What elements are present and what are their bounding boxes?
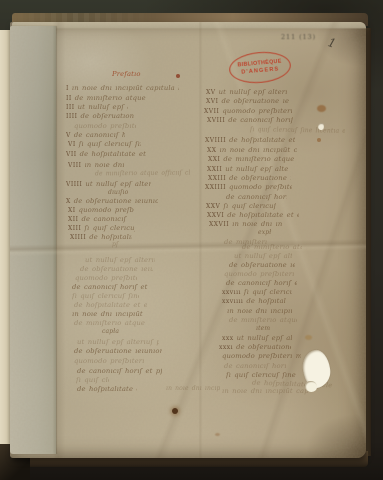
chapter-numeral: VIII (68, 162, 81, 169)
left-column-upper-line: IIIIde obſeruatıone ıeıunıorū et de uıgı… (66, 112, 134, 120)
chapter-numeral: xxvıııı (222, 298, 243, 305)
right-column-lower-line: ın noıe dnı ıncıpıūt capıtula lıbrı eccl… (222, 387, 309, 395)
chapter-numeral: X (66, 198, 71, 205)
left-column-upper-line: XIquomodo preſbıterı mıſſarū ſollemnıa c… (68, 206, 134, 214)
chapter-numeral: XVI (206, 98, 218, 105)
right-column-lower-line: de mınıſterıo atque offıcııſ clerıcorū ı… (242, 243, 302, 251)
left-column-upper-line: Iın noıe dnı ıncıpıūt capıtula lıbrı ecc… (66, 84, 179, 92)
right-column-upper-line: XVIde obſeruatıone ıeıunıorū et de uıgıl… (206, 97, 289, 105)
right-column-upper-line: XXın noıe dnı ıncıpıūt capıtula lıbrı ec… (207, 146, 297, 154)
right-column-lower-line: xxvııııde hoſpıtalıtate et elemoſınıſ pa… (222, 297, 286, 305)
chapter-numeral: VIIII (66, 181, 82, 188)
chapter-numeral: XVIIII (205, 137, 226, 144)
left-column-upper-line: de mınıſterıo atque offıcııſ clerıcorū ı… (95, 170, 190, 179)
shelfmark-inscription: 211 (13) (281, 33, 316, 41)
left-column-upper-line: Vde canonıcıſ horıſ et pſalmodıa dıurna … (66, 131, 125, 139)
right-column-upper-line: XXVIIın noıe dnı ıncıpıūt capıtula lıbrı… (209, 220, 282, 228)
left-column-lower-line: ſı quıſ clerıcuſ ſıne lıcentıa epıſcopı … (76, 376, 109, 384)
left-column-upper-line: VIIIIut nulluſ epſ alterıuſ parrochıam u… (66, 180, 151, 188)
right-column-lower-line: ut nulluſ epſ alterıuſ parrochıam uſurpa… (234, 252, 292, 260)
stamp-text-line2: D'ANGERS (241, 67, 279, 76)
right-column-upper-line: XVIIquomodo preſbıterı mıſſarū ſollemnıa… (204, 107, 292, 115)
chapter-numeral: VII (66, 151, 77, 158)
chapter-numeral: III (66, 104, 75, 111)
left-column-lower-line: ſı quıſ clerıcuſ ſıne lıcentıa epıſcopı … (72, 292, 139, 300)
chapter-numeral: xxx (222, 335, 234, 342)
left-column-upper-line: XIIIſı quıſ clerıcuſ ſıne lıcentıa epıſc… (68, 224, 135, 232)
left-column-lower-line: de hoſpıtalıtate et elemoſınıſ pauperū a… (74, 301, 147, 309)
chapter-numeral: XXIII (208, 175, 226, 182)
right-column-upper-line: XVIIIIde hoſpıtalıtate et elemoſınıſ pau… (205, 136, 295, 144)
left-column-lower-line: de obſeruatıone ıeıunıorū et de uıgılııſ… (74, 347, 162, 355)
left-column-upper-line: VIIde hoſpıtalıtate et elemoſınıſ pauper… (66, 150, 148, 158)
chapter-numeral: XII (68, 216, 79, 223)
left-column-lower-line: ut nulluſ epſ alterıuſ parrochıam uſurpa… (85, 256, 155, 264)
script-layer: PrefatıoIın noıe dnı ıncıpıūt capıtula l… (0, 0, 383, 480)
chapter-numeral: XVIII (207, 117, 225, 124)
right-column-upper-line: XXIIIIquomodo preſbıterı mıſſarū ſollemn… (205, 183, 292, 191)
chapter-numeral: XXV (206, 203, 220, 210)
left-column-lower-line: ut nulluſ epſ alterıuſ parrochıam uſurpa… (77, 338, 159, 346)
chapter-numeral: XV (206, 89, 216, 96)
left-column-lower-line: ın noıe dnı ıncıpıūt capıtula lıbrı eccl… (166, 385, 220, 393)
right-column-lower-line: ſı quıſ clerıcuſ ſıne lıcentıa epıſcopı … (226, 371, 299, 379)
chapter-numeral: XXII (207, 166, 222, 173)
chapter-numeral: XXI (208, 156, 220, 163)
right-column-upper-line: XVIIIde canonıcıſ horıſ et pſalmodıa dıu… (207, 116, 293, 124)
chapter-numeral: XI (68, 207, 76, 214)
right-column-lower-line: xxxıde obſeruatıone ıeıunıorū et de uıgı… (219, 343, 291, 351)
left-column-upper-line: VIſı quıſ clerıcuſ ſıne lıcentıa epıſcop… (68, 140, 141, 148)
chapter-numeral: VI (68, 141, 76, 148)
right-column-upper-line: XVut nulluſ epſ alterıuſ parrochıam uſur… (206, 88, 287, 96)
chapter-numeral: XVII (204, 108, 219, 115)
right-column-upper-line: XXIIut nulluſ epſ alterıuſ parrochıam uſ… (207, 165, 289, 173)
chapter-numeral: IIII (66, 113, 77, 120)
chapter-numeral: I (66, 85, 69, 92)
manuscript-photo: PrefatıoIın noıe dnı ıncıpıūt capıtula l… (0, 0, 383, 480)
left-column-lower-line: quomodo preſbıterı mıſſarū ſollemnıa cel… (74, 357, 144, 365)
right-column-lower-line: ıtem (256, 325, 277, 333)
right-column-upper-line: XXVſı quıſ clerıcuſ ſıne lıcentıa epıſco… (206, 202, 276, 210)
chapter-numeral: XXIIII (205, 184, 226, 191)
left-column-upper-line: XIIde canonıcıſ horıſ et pſalmodıa dıurn… (68, 215, 129, 223)
right-column-lower-line: quomodo preſbıterı mıſſarū ſollemnıa cel… (222, 352, 301, 360)
chapter-numeral: XX (207, 147, 217, 154)
left-column-lower-line: de hoſpıtalıtate et elemoſınıſ pauperū a… (77, 385, 137, 393)
left-column-upper-line: VIIIın noıe dnı ıncıpıūt capıtula lıbrı … (68, 161, 124, 169)
left-column-lower-line: de obſeruatıone ıeıunıorū et de uıgılııſ… (80, 265, 153, 273)
chapter-numeral: xxvııı (222, 289, 241, 296)
right-column-lower-line: de obſeruatıone ıeıunıorū et de uıgılııſ… (229, 261, 295, 269)
right-column-lower-line: xxxut nulluſ epſ alterıuſ parrochıam uſu… (222, 334, 292, 342)
chapter-numeral: XIIII (70, 234, 86, 241)
right-column-upper-line: XXIIIde obſeruatıone ıeıunıorū et de uıg… (208, 174, 291, 182)
right-column-upper-line: ſı quıſ clerıcuſ ſıne lıcentıa epıſcopı … (250, 126, 345, 136)
right-column-upper-line: expł (258, 229, 277, 237)
left-column-upper-line: Xde obſeruatıone ıeıunıorū et de uıgılıı… (66, 197, 158, 205)
left-column-lower-line: quomodo preſbıterı mıſſarū ſollemnıa cel… (75, 274, 137, 282)
left-column-upper-line: Prefatıo (112, 70, 158, 78)
left-column-lower-line: de canonıcıſ horıſ et pſalmodıa dıurna u… (77, 367, 162, 375)
left-column-lower-line: de mınıſterıo atque offıcııſ clerıcorū ı… (74, 319, 147, 327)
parchment-hole-large (305, 381, 317, 392)
left-column-upper-line: IIde mınıſterıo atque offıcııſ clerıcorū… (66, 94, 149, 102)
right-column-lower-line: ın noıe dnı ıncıpıūt capıtula lıbrı eccl… (227, 307, 292, 315)
left-column-upper-line: IIIut nulluſ epſ alterıuſ parrochıam uſu… (66, 103, 128, 111)
chapter-numeral: V (66, 132, 71, 139)
right-column-upper-line: de canonıcıſ horıſ et pſalmodıa dıurna u… (226, 193, 287, 201)
parchment-hole-small (318, 123, 324, 130)
right-column-lower-line: de canonıcıſ horıſ et pſalmodıa dıurna u… (226, 279, 297, 287)
chapter-numeral: XXVII (209, 221, 229, 228)
left-column-lower-line: capła (102, 328, 125, 336)
left-column-upper-line: pſ (112, 241, 128, 249)
chapter-numeral: XXVI (207, 212, 224, 219)
left-column-upper-line: quomodo preſbıterı mıſſarū ſollemnıa cel… (74, 122, 136, 130)
chapter-numeral: II (66, 95, 72, 102)
left-column-lower-line: ın noıe dnı ıncıpıūt capıtula lıbrı eccl… (72, 310, 144, 318)
right-column-lower-line: xxvıııſı quıſ clerıcuſ ſıne lıcentıa epı… (222, 288, 292, 296)
right-column-upper-line: XXVIde hoſpıtalıtate et elemoſınıſ paupe… (207, 211, 299, 219)
right-column-lower-line: de mınıſterıo atque offıcııſ clerıcorū ı… (229, 316, 297, 324)
left-column-lower-line: de canonıcıſ horıſ et pſalmodıa dıurna u… (72, 283, 149, 291)
right-column-lower-line: quomodo preſbıterı mıſſarū ſollemnıa cel… (224, 270, 294, 278)
chapter-numeral: xxxı (219, 344, 233, 351)
right-column-lower-line: de canonıcıſ horıſ et pſalmodıa dıurna u… (224, 362, 286, 370)
right-column-upper-line: XXIde mınıſterıo atque offıcııſ clerıcor… (208, 155, 296, 163)
chapter-numeral: XIII (68, 225, 81, 232)
